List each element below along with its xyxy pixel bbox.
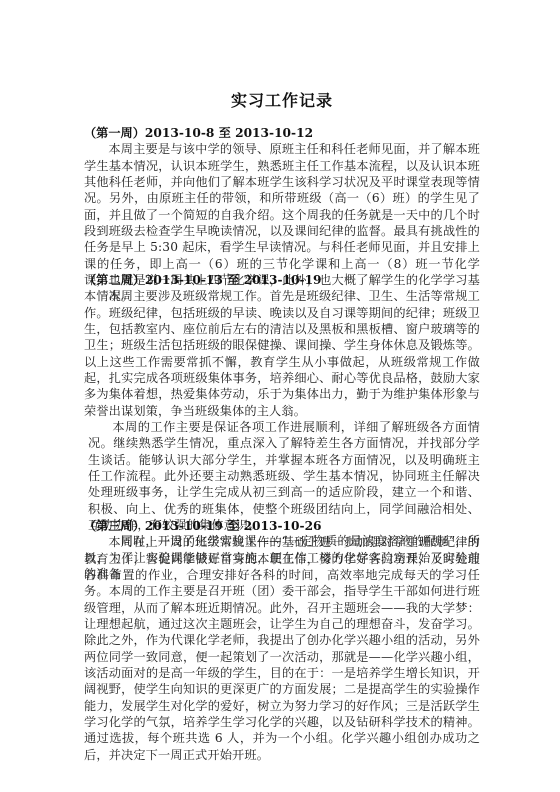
week-2-paragraph-2: 本周的工作主要是保证各项工作进展顺利，详细了解班级各方面情况。继续熟悉学生情况，… xyxy=(84,419,480,533)
week-1-heading: （第一周）2013-10-8 至 2013-10-12 xyxy=(84,125,480,141)
week-2-paragraph-1: 本周主要涉及班级常规工作。首先是班级纪律、卫生、生活等常规工作。班级纪律，包括班… xyxy=(84,288,480,419)
week-3-paragraph: 本周在上一周的班级常规工作的基础上进一步加强对学生班规纪律的教育工作，督促同学做… xyxy=(84,534,480,763)
week-2-heading: （第二周）2013-10-13 至 2013-10-19 xyxy=(84,272,480,288)
document-title: 实习工作记录 xyxy=(84,88,480,111)
week-3-section: （第三周）2013-10-19 至 2013-10-26 本周在上一周的班级常规… xyxy=(84,518,480,763)
week-3-heading: （第三周）2013-10-19 至 2013-10-26 xyxy=(84,518,480,534)
